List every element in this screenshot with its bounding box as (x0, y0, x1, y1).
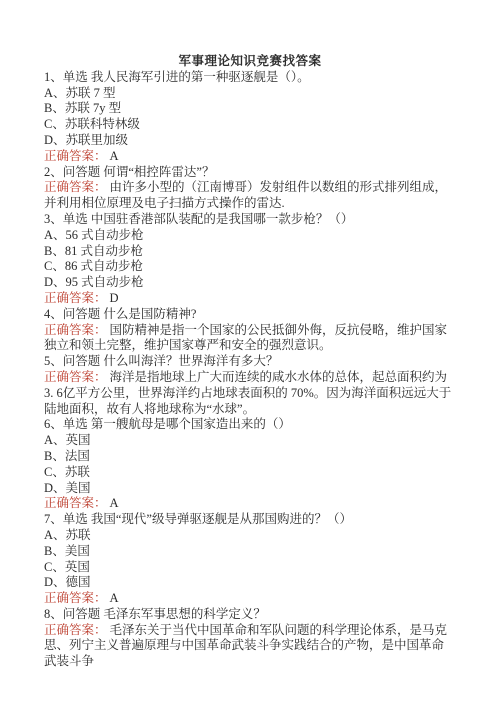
answer-label: 正确答案： (44, 323, 107, 337)
option-b: B、苏联 7y 型 (44, 101, 456, 117)
question-block-8: 8、问答题 毛泽东军事思想的科学定义？ 正确答案：毛泽东关于当代中国革命和军队问… (44, 607, 456, 670)
option-c: C、苏联科特林级 (44, 117, 456, 133)
option-a: A、苏联 (44, 528, 456, 544)
document-page: 军事理论知识竞赛找答案 1、单选 我人民海军引进的第一种驱逐舰是（）。 A、苏联… (0, 0, 500, 707)
question-text: 7、单选 我国“现代”级导弹驱逐舰是从那国购进的？（） (44, 512, 456, 528)
answer-line: 正确答案：由许多小型的（江南博哥）发射组件以数组的形式排列组成，并利用相位原理及… (44, 180, 456, 212)
answer-label: 正确答案： (44, 149, 107, 163)
question-block-2: 2、问答题 何谓“相控阵雷达”？ 正确答案：由许多小型的（江南博哥）发射组件以数… (44, 165, 456, 212)
option-d: D、德国 (44, 575, 456, 591)
answer-line: 正确答案：D (44, 291, 456, 307)
question-text: 8、问答题 毛泽东军事思想的科学定义？ (44, 607, 456, 623)
question-block-7: 7、单选 我国“现代”级导弹驱逐舰是从那国购进的？（） A、苏联 B、美国 C、… (44, 512, 456, 607)
answer-line: 正确答案：A (44, 591, 456, 607)
question-block-3: 3、单选 中国驻香港部队装配的是我国哪一款步枪？（） A、56 式自动步枪 B、… (44, 212, 456, 307)
option-c: C、苏联 (44, 465, 456, 481)
question-block-6: 6、单选 第一艘航母是哪个国家造出来的（） A、英国 B、法国 C、苏联 D、美… (44, 417, 456, 512)
option-a: A、英国 (44, 433, 456, 449)
answer-label: 正确答案： (44, 370, 107, 384)
option-d: D、苏联里加级 (44, 133, 456, 149)
answer-line: 正确答案：A (44, 149, 456, 165)
question-block-1: 1、单选 我人民海军引进的第一种驱逐舰是（）。 A、苏联 7 型 B、苏联 7y… (44, 70, 456, 165)
answer-label: 正确答案： (44, 180, 107, 194)
question-text: 1、单选 我人民海军引进的第一种驱逐舰是（）。 (44, 70, 456, 86)
answer-value: A (107, 149, 119, 163)
answer-label: 正确答案： (44, 623, 107, 637)
answer-value: D (107, 291, 119, 305)
answer-line: 正确答案：海洋是指地球上广大而连续的咸水水体的总体，起总面积约为 3. 6亿平方… (44, 370, 456, 417)
question-text: 2、问答题 何谓“相控阵雷达”？ (44, 165, 456, 181)
page-title: 军事理论知识竞赛找答案 (44, 54, 456, 70)
option-b: B、法国 (44, 449, 456, 465)
option-d: D、95 式自动步枪 (44, 275, 456, 291)
question-text: 4、问答题 什么是国防精神? (44, 307, 456, 323)
answer-line: 正确答案：国防精神是指一个国家的公民抵御外侮，反抗侵略，维护国家独立和领土完整，… (44, 323, 456, 355)
option-b: B、81 式自动步枪 (44, 244, 456, 260)
answer-line: 正确答案：毛泽东关于当代中国革命和军队问题的科学理论体系，是马克思、列宁主义普遍… (44, 623, 456, 670)
question-text: 6、单选 第一艘航母是哪个国家造出来的（） (44, 417, 456, 433)
option-a: A、56 式自动步枪 (44, 228, 456, 244)
option-b: B、美国 (44, 544, 456, 560)
answer-line: 正确答案：A (44, 496, 456, 512)
option-d: D、美国 (44, 481, 456, 497)
option-a: A、苏联 7 型 (44, 86, 456, 102)
question-text: 5、问答题 什么叫海洋？世界海洋有多大？ (44, 354, 456, 370)
question-text: 3、单选 中国驻香港部队装配的是我国哪一款步枪？（） (44, 212, 456, 228)
question-block-4: 4、问答题 什么是国防精神? 正确答案：国防精神是指一个国家的公民抵御外侮，反抗… (44, 307, 456, 354)
answer-value: A (107, 496, 119, 510)
answer-label: 正确答案： (44, 496, 107, 510)
option-c: C、英国 (44, 560, 456, 576)
answer-value: A (107, 591, 119, 605)
question-block-5: 5、问答题 什么叫海洋？世界海洋有多大？ 正确答案：海洋是指地球上广大而连续的咸… (44, 354, 456, 417)
answer-label: 正确答案： (44, 591, 107, 605)
option-c: C、86 式自动步枪 (44, 259, 456, 275)
answer-label: 正确答案： (44, 291, 107, 305)
